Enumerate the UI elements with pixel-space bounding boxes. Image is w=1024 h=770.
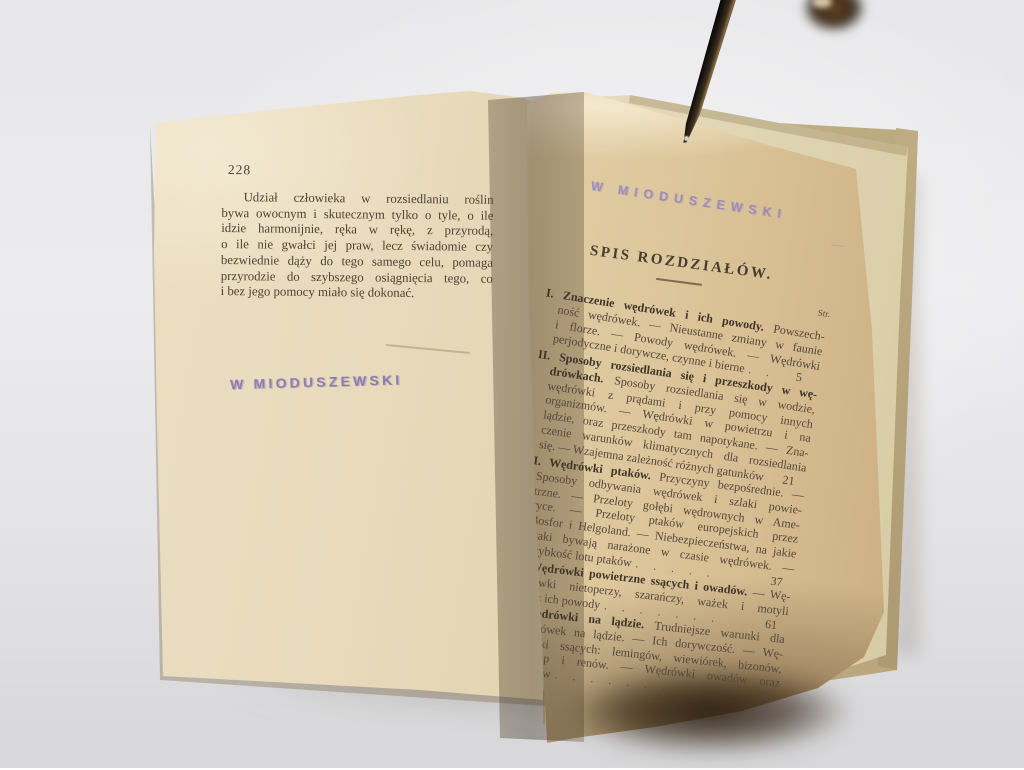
toc-title-rule — [656, 278, 702, 286]
photo-background: 228 Udział człowieka w rozsiedlaniu rośl… — [0, 0, 1024, 768]
toc-column-header: Str. — [817, 308, 830, 320]
paragraph-line: i bez jego pomocy miało się dokonać. — [221, 284, 493, 303]
left-page-paragraph: Udział człowieka w rozsiedlaniu roślin b… — [221, 190, 494, 303]
left-page-number: 228 — [228, 162, 251, 178]
leader-dots — [767, 481, 778, 483]
stamp-dash: — — [830, 237, 844, 253]
pen-tip-glint — [684, 136, 689, 141]
owner-stamp-right: W MIODUSZEWSKI — [590, 179, 788, 222]
right-page-content: W MIODUSZEWSKI — SPIS ROZDZIAŁÓW. Str. I… — [545, 152, 852, 193]
blurred-foreground-object — [795, 0, 873, 38]
toc-title: SPIS ROZDZIAŁÓW. — [532, 235, 832, 292]
